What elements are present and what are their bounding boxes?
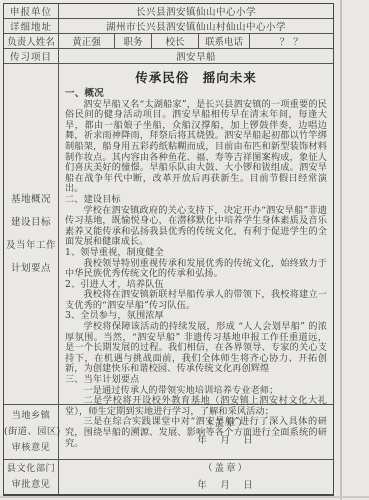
town-seal-placeholder: （盖章） [197,415,255,432]
body-paragraph: 泗安旱船又名“太湖船家”，是长兴县泗安镇的一项重要的民俗民间的健身活动项目。泗安… [65,100,327,195]
duty-value: 校长 [152,34,199,48]
county-review-area: （盖章） 年 月 日 [59,460,333,494]
body-text: 一、概况泗安旱船又名“太湖船家”，是长兴县泗安镇的一项重要的民俗民间的健身活动项… [65,89,327,449]
document-title: 传承民俗 摇向未来 [65,66,327,89]
table-row-project: 传习项目 泗安旱船 [4,49,333,64]
page-bottom-shadow [0,496,369,498]
application-form-table: 申报单位 长兴县泗安镇仙山中心小学 详细地址 湖州市长兴县泗安镇仙山村仙山中心小… [3,3,334,496]
side-label-base-overview: 基地概况建设目标及当年工作计划要点 [4,64,59,404]
table-row-main: 基地概况建设目标及当年工作计划要点 传承民俗 摇向未来 一、概况泗安旱船又名“太… [4,64,333,405]
table-row-address: 详细地址 湖州市长兴县泗安镇仙山村仙山中心小学 [4,19,333,34]
table-row-declaring-unit: 申报单位 长兴县泗安镇仙山中心小学 [4,4,333,19]
scanned-form-page: { "header": { "rows": [ { "label": "申报单位… [0,0,369,500]
address-value: 湖州市长兴县泗安镇仙山村仙山中心小学 [59,19,333,33]
body-paragraph: 学校在泗安镇政府的关心支持下，决定开办“泗安旱船”非遗传习基地，既愉悦身心，在潜… [65,206,327,248]
section-heading: 二、建设目标 [65,195,327,206]
person-name-label: 负责人姓名 [4,34,59,48]
table-row-person: 负责人姓名 黄正强 职务 校长 联系电话 ？ ？ [4,34,333,49]
body-paragraph: 我校将在泗安镇新联村旱船传承人的带领下，我校将建立一支优秀的“泗安旱船”传习队伍… [65,290,327,311]
side-label-line: 计划要点 [4,257,58,280]
duty-label: 职务 [115,34,152,48]
phone-label: 联系电话 [199,34,250,48]
side-label-line: 建设目标 [4,211,58,234]
review-label-line: 县文化部门 [4,461,58,477]
body-paragraph: 我校领导特别重视传承和发展优秀的传统文化，始终致力于中华民族优秀传统文化的传承和… [65,259,327,280]
project-label: 传习项目 [4,49,59,63]
town-date-placeholder: 年 月 日 [197,432,255,449]
phone-value: ？ ？ [250,34,333,48]
main-content-cell: 传承民俗 摇向未来 一、概况泗安旱船又名“太湖船家”，是长兴县泗安镇的一项重要的… [59,64,333,404]
body-paragraph: 学校将保障该活动的持续发展，形成 “人人会划旱船” 的浓厚氛围。当然，“泗安旱船… [65,322,327,375]
declaring-unit-value: 长兴县泗安镇仙山中心小学 [59,4,333,18]
page-edge-shadow [340,0,342,500]
section-heading: 1、领导重视，制度健全 [65,248,327,259]
review-label-line: (街道、园区) [4,424,58,440]
project-value: 泗安旱船 [59,49,333,63]
review-label-line: 审核意见 [4,440,58,456]
review-label-line: 审批意见 [4,477,58,493]
section-heading: 一、概况 [65,89,327,100]
table-row-town-review: 当地乡镇(街道、园区)审核意见 （盖章） 年 月 日 [4,405,333,460]
town-review-label: 当地乡镇(街道、园区)审核意见 [4,405,59,459]
declaring-unit-label: 申报单位 [4,4,59,18]
review-label-line: 当地乡镇 [4,408,58,424]
county-stamp-block: （盖章） 年 月 日 [197,460,255,494]
side-label-line: 及当年工作 [4,234,58,257]
town-stamp-block: （盖章） 年 月 日 [197,415,255,449]
county-review-label: 县文化部门审批意见 [4,460,59,494]
side-label-line: 基地概况 [4,188,58,211]
table-row-county-review: 县文化部门审批意见 （盖章） 年 月 日 [4,460,333,494]
address-label: 详细地址 [4,19,59,33]
town-review-area: （盖章） 年 月 日 [59,405,333,459]
county-seal-placeholder: （盖章） [197,460,255,477]
county-date-placeholder: 年 月 日 [197,477,255,494]
person-name-value: 黄正强 [59,34,115,48]
